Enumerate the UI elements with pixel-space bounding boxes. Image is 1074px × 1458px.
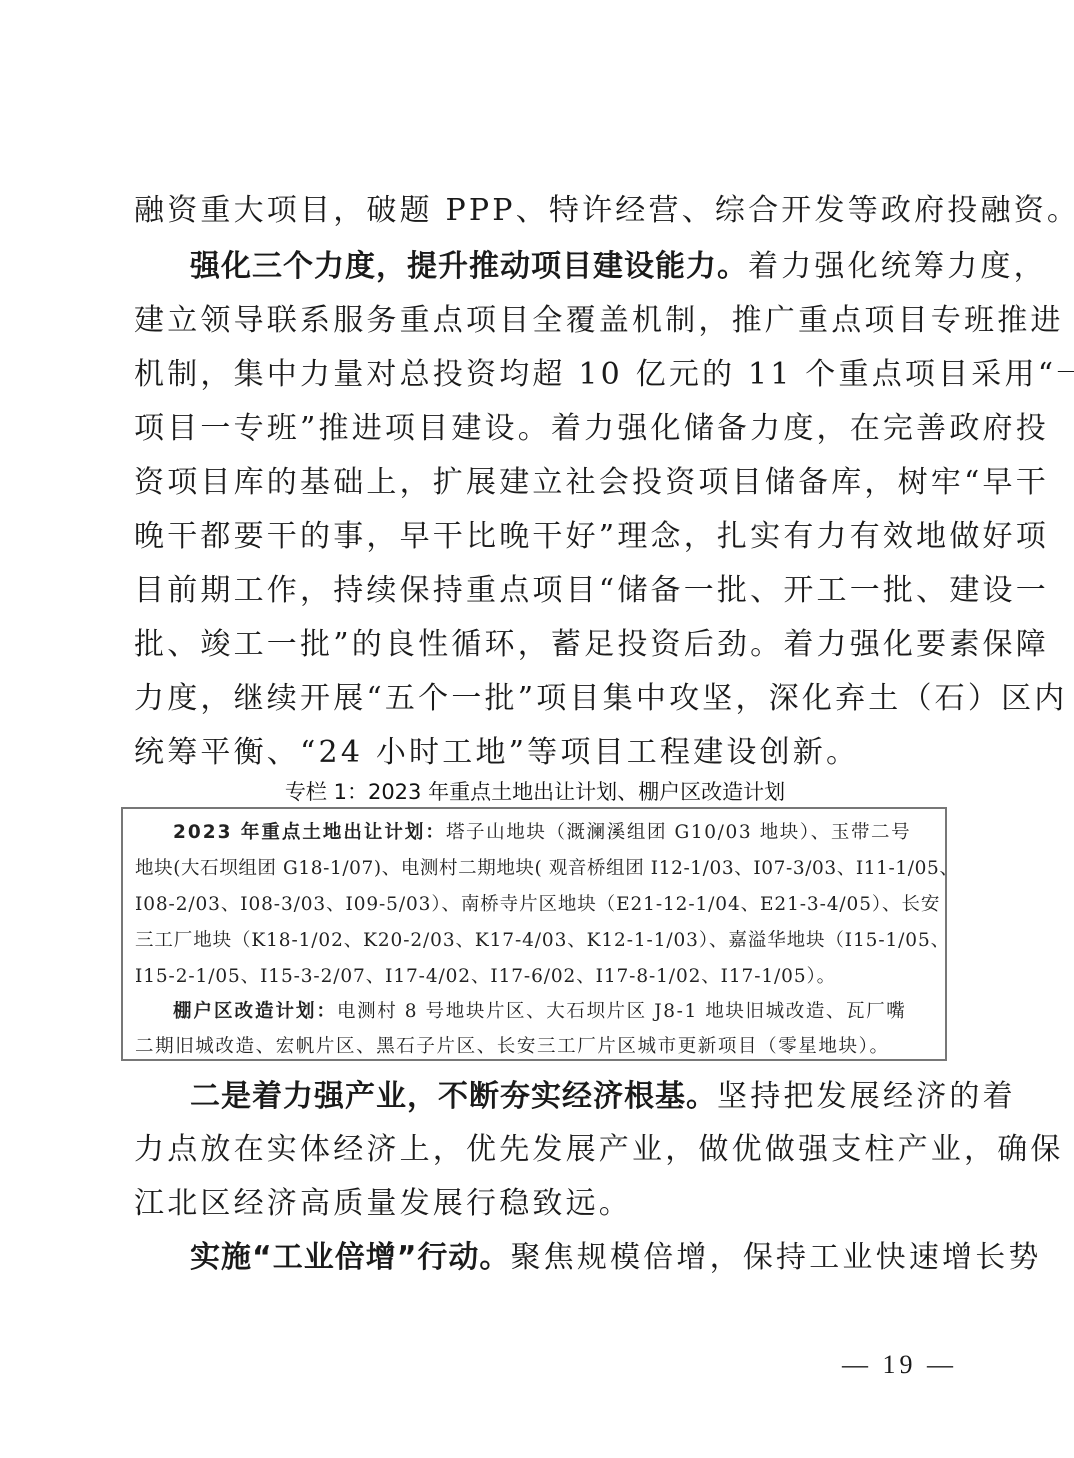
- line-text: 晚干都要干的事，早干比晚干好”理念，扎实有力有效地做好项: [134, 519, 1049, 554]
- body-line: 目前期工作，持续保持重点项目“储备一批、开工一批、建设一: [134, 576, 944, 606]
- line-text: 着力强化统筹力度，: [748, 249, 1047, 284]
- body-line: 力点放在实体经济上，优先发展产业，做优做强支柱产业，确保: [134, 1135, 944, 1165]
- body-line: 江北区经济高质量发展行稳致远。: [134, 1189, 944, 1219]
- line-text: 力度，继续开展“五个一批”项目集中攻坚，深化弃土（石）区内: [134, 681, 1067, 716]
- box-text: 塔子山地块（溉澜溪组团 G10/03 地块）、玉带二号: [446, 822, 911, 843]
- box-line: I08-2/03、I08-3/03、I09-5/03）、南桥寺片区地块（E21-…: [135, 896, 940, 915]
- line-text: 资项目库的基础上，扩展建立社会投资项目储备库，树牢“早干: [134, 465, 1049, 500]
- box-text: I08-2/03、I08-3/03、I09-5/03）、南桥寺片区地块（E21-…: [135, 894, 940, 915]
- box-line: I15-2-1/05、I15-3-2/07、I17-4/02、I17-6/02、…: [135, 968, 836, 987]
- line-text: 融资重大项目，破题 PPP、特许经营、综合开发等政府投融资。: [134, 193, 1074, 228]
- line-text: 建立领导联系服务重点项目全覆盖机制，推广重点项目专班推进: [134, 303, 1064, 338]
- paragraph-heading-line: 实施“工业倍增”行动。聚焦规模倍增，保持工业快速增长势: [190, 1243, 1000, 1273]
- line-text: 力点放在实体经济上，优先发展产业，做优做强支柱产业，确保: [134, 1132, 1064, 1167]
- line-text: 坚持把发展经济的着: [717, 1079, 1016, 1114]
- paragraph-heading-line: 二是着力强产业，不断夯实经济根基。坚持把发展经济的着: [190, 1082, 1000, 1112]
- line-text: 目前期工作，持续保持重点项目“储备一批、开工一批、建设一: [134, 573, 1049, 608]
- body-line: 机制，集中力量对总投资均超 10 亿元的 11 个重点项目采用“一: [134, 360, 944, 390]
- line-text: 批、竣工一批”的良性循环，蓄足投资后劲。着力强化要素保障: [134, 627, 1049, 662]
- body-line: 批、竣工一批”的良性循环，蓄足投资后劲。着力强化要素保障: [134, 630, 944, 660]
- paragraph-heading: 实施“工业倍增”行动。: [190, 1240, 510, 1275]
- box-line: 三工厂地块（K18-1/02、K20-2/03、K17-4/03、K12-1-1…: [135, 932, 950, 951]
- body-line: 晚干都要干的事，早干比晚干好”理念，扎实有力有效地做好项: [134, 522, 944, 552]
- box-caption: 专栏 1：2023 年重点土地出让计划、棚户区改造计划: [120, 776, 950, 806]
- box-text: 地块(大石坝组团 G18-1/07)、电测村二期地块( 观音桥组团 I12-1/…: [135, 858, 958, 879]
- info-box: 2023 年重点土地出让计划：塔子山地块（溉澜溪组团 G10/03 地块）、玉带…: [121, 807, 947, 1061]
- line-text: 机制，集中力量对总投资均超 10 亿元的 11 个重点项目采用“一: [134, 357, 1074, 392]
- page-number: — 19 —: [842, 1350, 957, 1380]
- box-text: 二期旧城改造、宏帆片区、黑石子片区、长安三工厂片区城市更新项目（零星地块）。: [135, 1036, 890, 1057]
- box-line: 地块(大石坝组团 G18-1/07)、电测村二期地块( 观音桥组团 I12-1/…: [135, 860, 958, 879]
- body-line: 力度，继续开展“五个一批”项目集中攻坚，深化弃土（石）区内: [134, 684, 944, 714]
- box-heading: 棚户区改造计划：: [173, 1001, 337, 1022]
- body-line: 项目一专班”推进项目建设。着力强化储备力度，在完善政府投: [134, 414, 944, 444]
- body-line: 统筹平衡、“24 小时工地”等项目工程建设创新。: [134, 738, 944, 768]
- line-text: 聚焦规模倍增，保持工业快速增长势: [510, 1240, 1041, 1275]
- paragraph-heading-line: 强化三个力度，提升推动项目建设能力。着力强化统筹力度，: [190, 252, 1000, 282]
- line-text: 项目一专班”推进项目建设。着力强化储备力度，在完善政府投: [134, 411, 1049, 446]
- box-text: I15-2-1/05、I15-3-2/07、I17-4/02、I17-6/02、…: [135, 966, 836, 987]
- box-text: 电测村 8 号地块片区、大石坝片区 J8-1 地块旧城改造、瓦厂嘴: [337, 1001, 906, 1022]
- line-text: 统筹平衡、“24 小时工地”等项目工程建设创新。: [134, 735, 859, 770]
- box-line: 二期旧城改造、宏帆片区、黑石子片区、长安三工厂片区城市更新项目（零星地块）。: [135, 1038, 890, 1057]
- box-heading: 2023 年重点土地出让计划：: [173, 822, 446, 843]
- body-line: 资项目库的基础上，扩展建立社会投资项目储备库，树牢“早干: [134, 468, 944, 498]
- box-text: 三工厂地块（K18-1/02、K20-2/03、K17-4/03、K12-1-1…: [135, 930, 950, 951]
- line-text: 江北区经济高质量发展行稳致远。: [134, 1186, 632, 1221]
- box-line: 棚户区改造计划：电测村 8 号地块片区、大石坝片区 J8-1 地块旧城改造、瓦厂…: [173, 1003, 906, 1022]
- paragraph-heading: 二是着力强产业，不断夯实经济根基。: [190, 1079, 717, 1114]
- body-line: 融资重大项目，破题 PPP、特许经营、综合开发等政府投融资。: [134, 196, 944, 226]
- body-line: 建立领导联系服务重点项目全覆盖机制，推广重点项目专班推进: [134, 306, 944, 336]
- paragraph-heading: 强化三个力度，提升推动项目建设能力。: [190, 249, 748, 284]
- box-line: 2023 年重点土地出让计划：塔子山地块（溉澜溪组团 G10/03 地块）、玉带…: [173, 824, 911, 843]
